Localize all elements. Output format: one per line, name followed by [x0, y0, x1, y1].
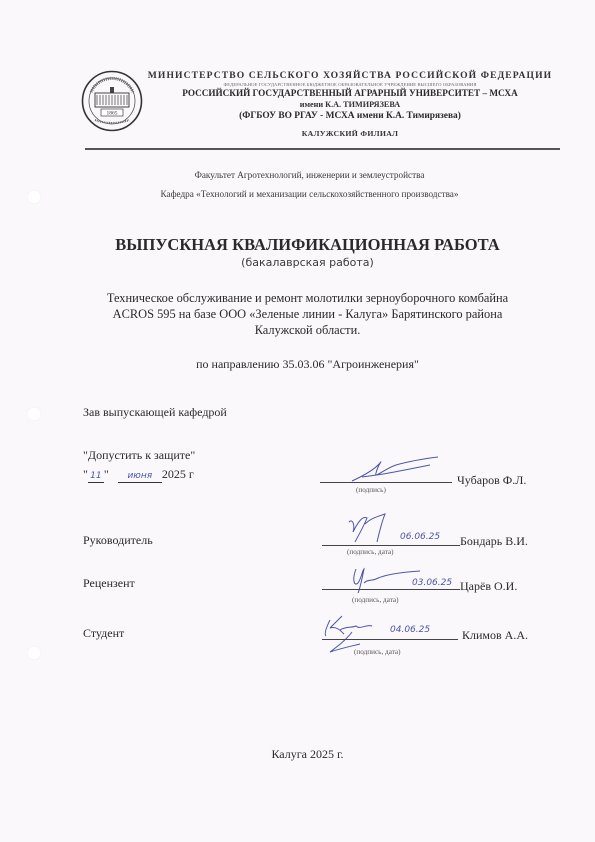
department-name: Кафедра «Технологий и механизации сельск…	[12, 189, 595, 199]
head-of-department-label: Зав выпускающей кафедрой	[83, 405, 227, 420]
signature-caption: (подпись, дата)	[354, 648, 401, 656]
city-year: Калуга 2025 г.	[10, 747, 595, 762]
student-label: Студент	[83, 626, 124, 641]
signature-head-icon	[350, 455, 440, 485]
signature-supervisor-icon	[345, 512, 395, 544]
thesis-topic-line: Калужской области.	[10, 323, 595, 339]
university-abbreviation: (ФГБОУ ВО РГАУ - МСХА имени К.А. Тимиряз…	[140, 111, 560, 121]
quote-close: "	[104, 467, 109, 481]
approval-date: "11" июня2025 г	[83, 467, 194, 483]
date-month-field[interactable]: июня	[118, 467, 162, 483]
branch-name: КАЛУЖСКИЙ ФИЛИАЛ	[140, 129, 560, 138]
supervisor-sign-date: 06.06.25	[400, 532, 440, 542]
header-divider	[85, 148, 560, 150]
supervisor-name: Бондарь В.И.	[460, 534, 528, 549]
document-subtitle: (бакалаврская работа)	[10, 256, 595, 269]
ministry-name: МИНИСТЕРСТВО СЕЛЬСКОГО ХОЗЯЙСТВА РОССИЙС…	[140, 70, 560, 81]
reviewer-sign-date: 03.06.25	[412, 578, 452, 588]
university-named-after: имени К.А. ТИМИРЯЗЕВА	[140, 100, 560, 109]
signature-line[interactable]	[322, 589, 460, 590]
signature-caption: (подпись)	[356, 486, 386, 494]
reviewer-name: Царёв О.И.	[460, 579, 517, 594]
punch-hole	[27, 407, 41, 421]
university-seal-logo: 1865	[81, 70, 143, 132]
document-title: ВЫПУСКНАЯ КВАЛИФИКАЦИОННАЯ РАБОТА	[10, 235, 595, 255]
reviewer-label: Рецензент	[83, 576, 135, 591]
signature-caption: (подпись, дата)	[352, 596, 399, 604]
signature-line[interactable]	[322, 545, 460, 546]
thesis-topic-line: ACROS 595 на базе ООО «Зеленые линии - К…	[10, 307, 595, 323]
supervisor-label: Руководитель	[83, 533, 153, 548]
date-day-field[interactable]: 11	[88, 467, 104, 483]
faculty-name: Факультет Агротехнологий, инженерии и зе…	[12, 170, 595, 180]
institution-type: ФЕДЕРАЛЬНОЕ ГОСУДАРСТВЕННОЕ БЮДЖЕТНОЕ ОБ…	[140, 82, 560, 87]
university-name: РОССИЙСКИЙ ГОСУДАРСТВЕННЫЙ АГРАРНЫЙ УНИВ…	[140, 88, 560, 98]
student-name: Климов А.А.	[462, 628, 528, 643]
study-direction: по направлению 35.03.06 "Агроинженерия"	[10, 357, 595, 372]
head-of-department-name: Чубаров Ф.Л.	[457, 473, 526, 488]
student-sign-date: 04.06.25	[390, 625, 430, 635]
thesis-topic-line: Техническое обслуживание и ремонт молоти…	[10, 291, 595, 307]
date-year: 2025 г	[162, 467, 194, 481]
svg-text:1865: 1865	[107, 111, 118, 117]
admit-to-defense-label: "Допустить к защите"	[83, 448, 195, 463]
punch-hole	[27, 646, 41, 660]
signature-line[interactable]	[320, 482, 452, 483]
signature-caption: (подпись, дата)	[347, 548, 394, 556]
signature-line[interactable]	[322, 639, 458, 640]
thesis-topic: Техническое обслуживание и ремонт молоти…	[10, 291, 595, 338]
